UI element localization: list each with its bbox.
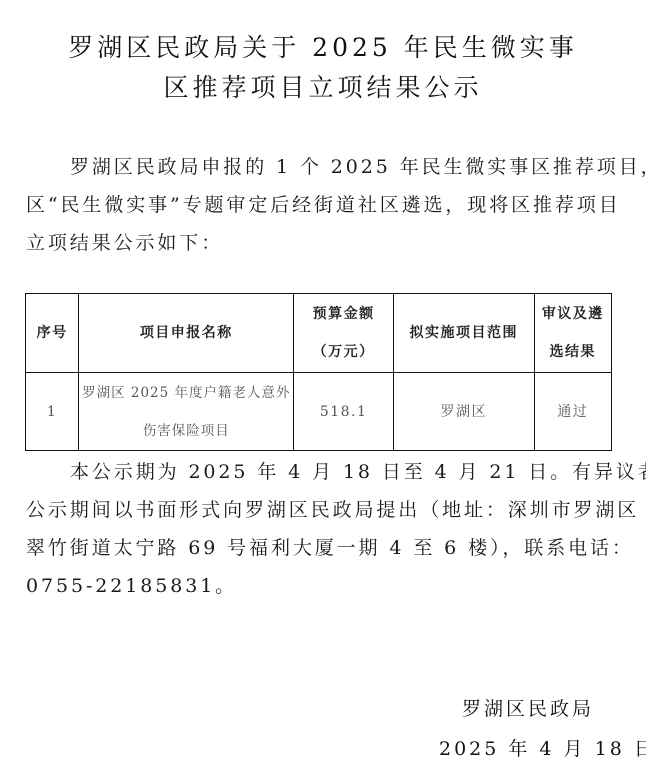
cell-budget: 518.1: [294, 373, 394, 451]
cell-scope: 罗湖区: [393, 373, 534, 451]
header-result-label-2: 选结果: [537, 333, 609, 371]
notice-line-3: 翠竹街道太宁路 69 号福利大厦一期 4 至 6 楼），联系电话：: [26, 529, 616, 567]
header-project-name: 项目申报名称: [79, 294, 294, 373]
intro-line-3: 立项结果公示如下：: [26, 224, 616, 262]
intro-line-1: 罗湖区民政局申报的 1 个 2025 年民生微实事区推荐项目，: [26, 148, 616, 186]
table-row: 1 罗湖区 2025 年度户籍老人意外 伤害保险项目 518.1 罗湖区 通过: [26, 373, 612, 451]
notice-line-2: 公示期间以书面形式向罗湖区民政局提出（地址：深圳市罗湖区: [26, 491, 616, 529]
header-budget-unit: （万元）: [296, 333, 391, 371]
header-result: 审议及遴 选结果: [534, 294, 611, 373]
document-title-line-1: 罗湖区民政局关于 2025 年民生微实事: [0, 28, 646, 68]
cell-project-name: 罗湖区 2025 年度户籍老人意外 伤害保险项目: [79, 373, 294, 451]
intro-paragraph: 罗湖区民政局申报的 1 个 2025 年民生微实事区推荐项目， 区“民生微实事”…: [26, 148, 616, 262]
project-name-line-2: 伤害保险项目: [81, 412, 291, 450]
cell-index: 1: [26, 373, 79, 451]
results-table: 序号 项目申报名称 预算金额 （万元） 拟实施项目范围 审议及遴 选结果 1 罗…: [25, 293, 612, 451]
project-name-line-1: 罗湖区 2025 年度户籍老人意外: [81, 374, 291, 412]
signature-organization: 罗湖区民政局: [462, 694, 594, 721]
notice-line-4: 0755-22185831。: [26, 567, 616, 605]
header-budget: 预算金额 （万元）: [294, 294, 394, 373]
notice-line-1: 本公示期为 2025 年 4 月 18 日至 4 月 21 日。有异议者请于: [26, 453, 616, 491]
intro-line-2: 区“民生微实事”专题审定后经街道社区遴选，现将区推荐项目: [26, 186, 616, 224]
header-project-name-label: 项目申报名称: [140, 325, 233, 341]
header-budget-label: 预算金额: [296, 295, 391, 333]
signature-date: 2025 年 4 月 18 日: [439, 734, 646, 761]
notice-paragraph: 本公示期为 2025 年 4 月 18 日至 4 月 21 日。有异议者请于 公…: [26, 453, 616, 605]
header-scope-label: 拟实施项目范围: [409, 325, 518, 341]
table-header-row: 序号 项目申报名称 预算金额 （万元） 拟实施项目范围 审议及遴 选结果: [26, 294, 612, 373]
header-result-label-1: 审议及遴: [537, 295, 609, 333]
header-scope: 拟实施项目范围: [393, 294, 534, 373]
cell-result: 通过: [534, 373, 611, 451]
header-index-label: 序号: [37, 325, 68, 341]
header-index: 序号: [26, 294, 79, 373]
document-title-line-2: 区推荐项目立项结果公示: [0, 68, 646, 108]
